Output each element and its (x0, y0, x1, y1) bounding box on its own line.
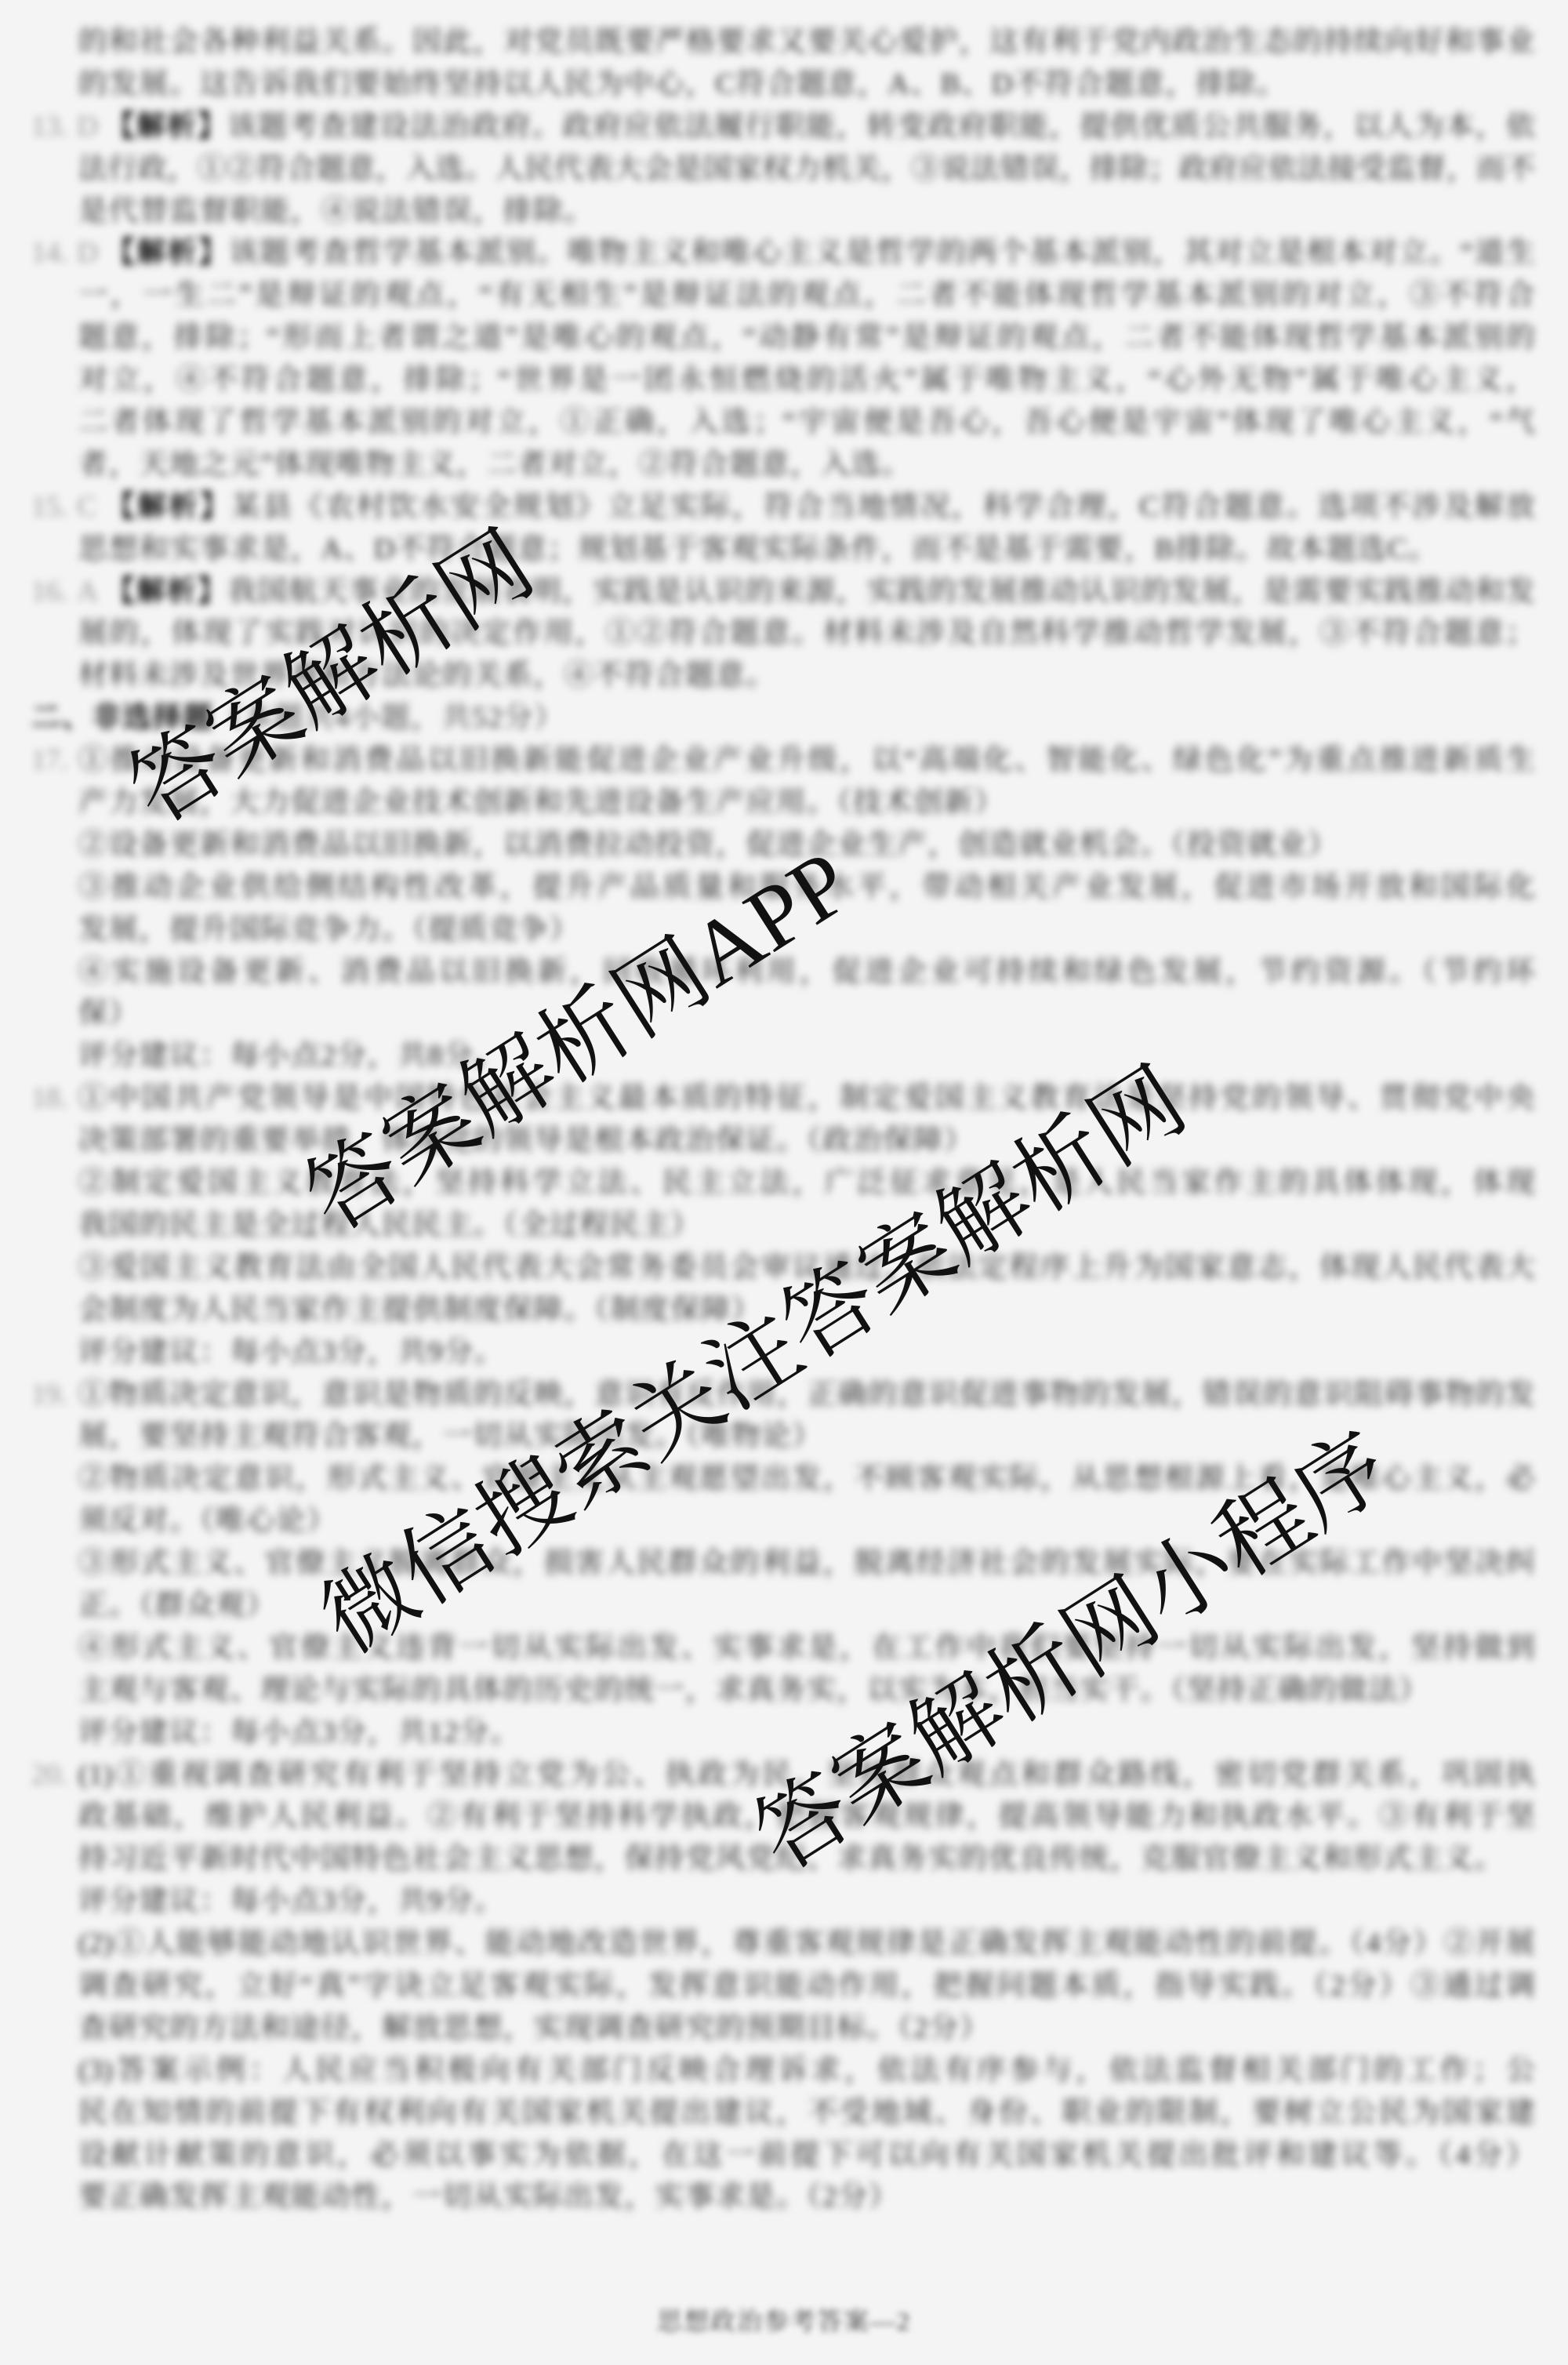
analysis-tag: 【解析】 (106, 491, 231, 523)
text-line: 保） (0, 993, 1568, 1035)
page-footer: 思想政治参考答案—2 (0, 2305, 1568, 2337)
answer-letter: C (77, 491, 96, 523)
text-line: 民在知情的前提下有权利向有关国家机关提出建议，不受地域、身份、职业的限制，要树立… (0, 2092, 1568, 2134)
answer-letter: A (77, 576, 98, 608)
text-line: 二者体现了哲学基本派别的对立，①正确，入选；“宇宙便是吾心，吾心便是宇宙”体现了… (0, 401, 1568, 444)
question-13-first-line: 13.D【解析】该题考查建设法治政府。政府应依法履行职能，转变政府职能，提供优质… (0, 106, 1568, 148)
question-number: 20. (31, 1754, 67, 1796)
text-line: 正。（群众观） (0, 1585, 1568, 1627)
question-14-first-line: 14.D【解析】该题考查哲学基本派别。唯物主义和唯心主义是哲学的两个基本派别，其… (0, 232, 1568, 274)
scoring-note: 评分建议：每小点2分，共8分。 (0, 1035, 1568, 1077)
question-number-text: 13. (31, 111, 67, 143)
question-18-first-line: 18.①中国共产党领导是中国特色社会主义最本质的特征，制定爱国主义教育法是坚持党… (0, 1077, 1568, 1120)
question-number: 16.A (31, 571, 98, 613)
text-line: 者，天地之元”体现唯物主义，二者对立，②符合题意，入选。 (0, 444, 1568, 486)
line-text: ①中国共产党领导是中国特色社会主义最本质的特征，制定爱国主义教育法是坚持党的领导… (78, 1082, 1535, 1114)
text-line: ④形式主义、官僚主义违背一切从实际出发、实事求是，在工作中我们要坚持一切从实际出… (0, 1627, 1568, 1669)
line-text: 该题考查建设法治政府。政府应依法履行职能，转变政府职能，提供优质公共服务，以人为… (227, 111, 1535, 143)
text-line: 一，一生二”是辩证的观点，“有无相生”是辩证法的观点，二者不能体现哲学基本派别的… (0, 274, 1568, 317)
text-line: 的和社会各种利益关系。因此，对党员既要严格要求又要关心爱护，这有利于党内政治生态… (0, 21, 1568, 64)
text-line: 展的，体现了实践对认识的决定作用，①②符合题意。材料未涉及自然科学推动哲学发展，… (0, 612, 1568, 655)
question-number-text: 16. (31, 576, 67, 608)
text-line: 的发展。这告诉我们要始终坚持以人民为中心，C符合题意，A、B、D不符合题意，排除… (0, 64, 1568, 106)
text-line: (2)①人能够能动地认识世界、能动地改造世界，尊重客观规律是正确发挥主观能动性的… (0, 1923, 1568, 1965)
text-line: 是代替监督职能，④说法错误，排除。 (0, 191, 1568, 233)
analysis-tag: 【解析】 (106, 576, 227, 608)
question-number: 13.D (31, 106, 98, 148)
text-line: 设献计献策的意识，必须以事实为依据，在这一前提下可以向有关国家机关提出批评和建议… (0, 2134, 1568, 2177)
question-number: 17. (31, 739, 67, 782)
answer-letter: D (77, 111, 98, 143)
scoring-note: 评分建议：每小点3分，共9分。 (0, 1880, 1568, 1923)
text-line: (3)答案示例：人民应当积极向有关部门反映合理诉求，依法有序参与，依法监督相关部… (0, 2050, 1568, 2092)
text-line: 我国的民主是全过程人民民主。（全过程民主） (0, 1204, 1568, 1247)
text-line: 法行政，①②符合题意，入选。人民代表大会是国家权力机关，③说法错误，排除；政府应… (0, 148, 1568, 191)
text-line: ②制定爱国主义教育法，坚持科学立法、民主立法，广泛征求意见，是人民当家作主的具体… (0, 1162, 1568, 1204)
text-line: 查研究的方法和途径，解放思想，实现调查研究的预期目标。（2分） (0, 2007, 1568, 2050)
line-text: 某县《农村饮水安全规划》立足实际，符合当地情况，科学合理，C符合题意。选项不涉及… (231, 491, 1535, 523)
question-15-first-line: 15.C【解析】某县《农村饮水安全规划》立足实际，符合当地情况，科学合理，C符合… (0, 486, 1568, 529)
text-line: 调查研究，立好“真”字诀立足客观实际，发挥意识能动作用，把握问题本质，指导实践。… (0, 1965, 1568, 2007)
analysis-tag: 【解析】 (106, 237, 229, 269)
text-line: 题意，排除；“形而上者谓之道”是唯心的观点，“动静有常”是辩证的观点，二者不能体… (0, 317, 1568, 359)
text-line: 对立，④不符合题意，排除；“世界是一团永恒燃烧的活火”属于唯物主义，“心外无物”… (0, 359, 1568, 401)
question-number-text: 15. (31, 491, 67, 523)
text-line: 思想和实事求是，A、D不符合题意；规划基于客观实际条件，而不是基于需要，B排除。… (0, 529, 1568, 571)
analysis-tag: 【解析】 (106, 111, 227, 143)
scoring-note: 评分建议：每小点3分，共12分。 (0, 1712, 1568, 1754)
question-number-text: 14. (31, 237, 67, 269)
question-number: 14.D (31, 232, 98, 274)
question-number: 15.C (31, 486, 96, 529)
text-line: 主观与客观、理论与实际的具体的历史的统一，求真务实，以实为本，担当实干。（坚持正… (0, 1669, 1568, 1712)
question-number: 18. (31, 1077, 67, 1120)
text-line: ③形式主义、官僚主义脱离群众，损害人民群众的利益，脱离经济社会的发展实际，要在实… (0, 1542, 1568, 1585)
answer-key-document: 的和社会各种利益关系。因此，对党员既要严格要求又要关心爱护，这有利于党内政治生态… (0, 21, 1568, 2218)
question-16-first-line: 16.A【解析】我国航天事业的发展表明，实践是认识的来源，实践的发展推动认识的发… (0, 571, 1568, 613)
text-line: 决策部署的重要举措，体现党的领导是根本政治保证。（政治保障） (0, 1120, 1568, 1162)
answer-letter: D (77, 237, 98, 269)
question-number: 19. (31, 1374, 67, 1416)
line-text: 该题考查哲学基本派别。唯物主义和唯心主义是哲学的两个基本派别，其对立是根本对立。… (229, 237, 1535, 269)
text-line: 要正确发挥主观能动性，一切从实际出发，实事求是。（2分） (0, 2176, 1568, 2218)
